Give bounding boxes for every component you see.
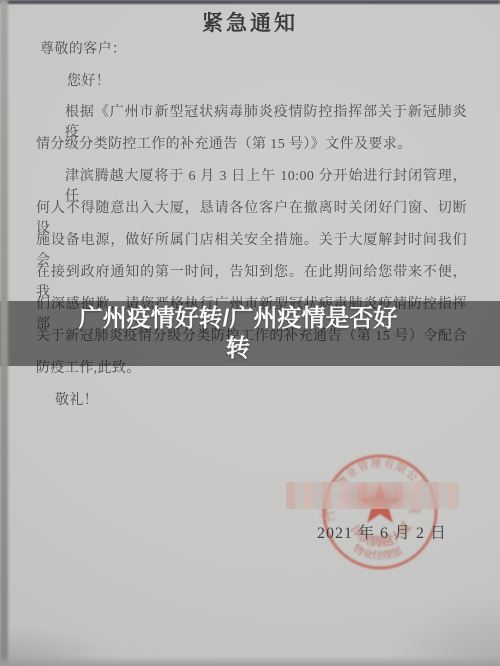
caption-banner: 广州疫情好转/广州疫情是否好 转 (0, 301, 500, 366)
document-photo: 紧急通知 尊敬的客户： 您好！ 根据《广州市新型冠状病毒肺炎疫情防控指挥部关于新… (0, 0, 500, 666)
photo-edge-bottom (0, 656, 500, 666)
caption-text-line2: 转 (226, 334, 250, 364)
notice-title: 紧急通知 (0, 7, 500, 37)
caption-text-line1: 广州疫情好转/广州疫情是否好 (79, 304, 398, 334)
notice-closing: 敬礼！ (55, 389, 98, 409)
notice-line: 尊敬的客户： (40, 38, 126, 58)
privacy-blur-mosaic (286, 482, 459, 509)
photo-edge-left (0, 0, 8, 666)
notice-line: 您好！ (67, 70, 110, 90)
photo-edge-top (0, 0, 500, 4)
notice-line: 情分级分类防控工作的补充通告（第 15 号）》文件及要求。 (36, 133, 412, 153)
date-stamp: 2021 年 6 月 2 日 (317, 520, 447, 543)
